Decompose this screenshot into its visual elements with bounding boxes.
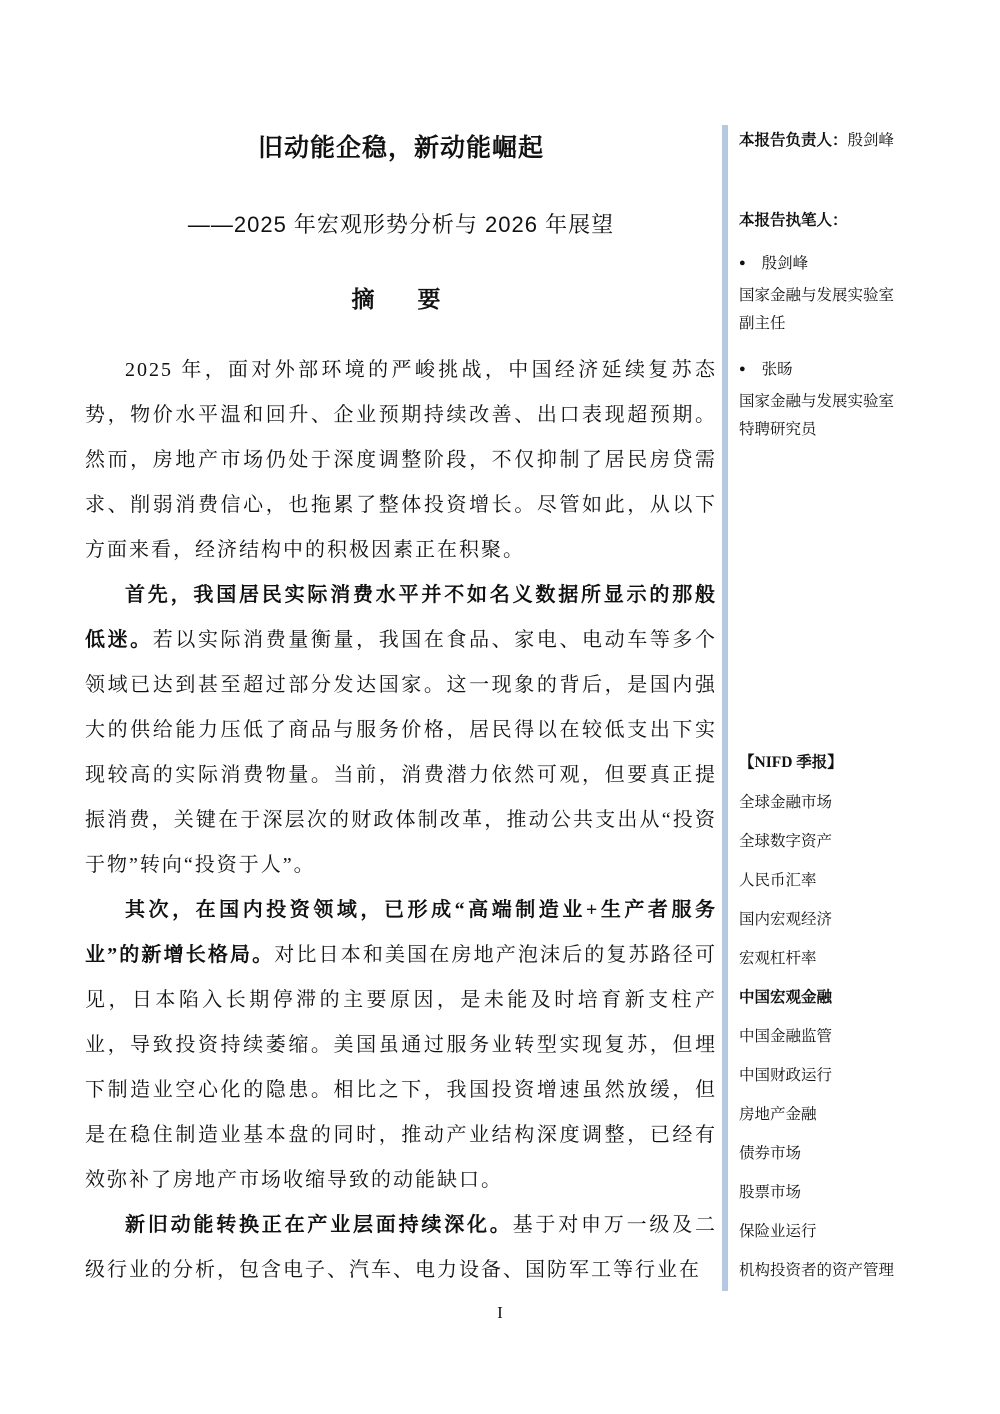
paragraph-text: 对比日本和美国在房地产泡沫后的复苏路径可见，日本陷入长期停滞的主要原因，是未能及… <box>85 944 717 1191</box>
series-item-insurance-industry: 保险业运行 <box>739 1221 959 1242</box>
report-title: 旧动能企稳，新动能崛起 <box>85 128 717 164</box>
lead-author-label: 本报告负责人： <box>739 132 848 149</box>
writer-item: ●张旸 <box>739 359 959 382</box>
writer-name: 殷剑峰 <box>762 255 809 272</box>
abstract-paragraph-4: 新旧动能转换正在产业层面持续深化。基于对申万一级及二级行业的分析，包含电子、汽车… <box>85 1203 717 1293</box>
series-item-china-fiscal-operation: 中国财政运行 <box>739 1065 959 1086</box>
series-item-stock-market: 股票市场 <box>739 1182 959 1203</box>
affiliation-title: 特聘研究员 <box>739 416 959 444</box>
series-label: 【NIFD 季报】 <box>739 752 959 774</box>
series-item-domestic-macro-economy: 国内宏观经济 <box>739 909 959 930</box>
report-lead-author-row: 本报告负责人：殷剑峰 <box>739 130 959 152</box>
bullet-icon: ● <box>739 363 746 375</box>
series-item-bond-market: 债券市场 <box>739 1143 959 1164</box>
series-item-real-estate-finance: 房地产金融 <box>739 1104 959 1125</box>
series-item-institutional-asset-management: 机构投资者的资产管理 <box>739 1260 959 1281</box>
paragraph-text: 若以实际消费量衡量，我国在食品、家电、电动车等多个领域已达到甚至超过部分发达国家… <box>85 629 717 876</box>
abstract-main-column: 旧动能企稳，新动能崛起 ——2025 年宏观形势分析与 2026 年展望 摘 要… <box>85 128 717 1293</box>
abstract-paragraph-2: 首先，我国居民实际消费水平并不如名义数据所显示的那般低迷。若以实际消费量衡量，我… <box>85 573 717 888</box>
lead-author-name: 殷剑峰 <box>848 132 895 149</box>
series-item-china-macro-finance-current: 中国宏观金融 <box>739 987 959 1008</box>
affiliation-org: 国家金融与发展实验室 <box>739 282 959 310</box>
writer-affiliation: 国家金融与发展实验室 特聘研究员 <box>739 388 959 444</box>
series-item-china-financial-regulation: 中国金融监管 <box>739 1026 959 1047</box>
bullet-icon: ● <box>739 257 746 269</box>
writer-name: 张旸 <box>762 361 793 378</box>
abstract-paragraph-1: 2025 年，面对外部环境的严峻挑战，中国经济延续复苏态势，物价水平温和回升、企… <box>85 348 717 573</box>
series-item-global-digital-assets: 全球数字资产 <box>739 831 959 852</box>
series-item-macro-leverage-ratio: 宏观杠杆率 <box>739 948 959 969</box>
writer-affiliation: 国家金融与发展实验室 副主任 <box>739 282 959 338</box>
page-number: I <box>0 1303 1000 1323</box>
document-page: 旧动能企稳，新动能崛起 ——2025 年宏观形势分析与 2026 年展望 摘 要… <box>0 0 1000 1414</box>
series-item-rmb-exchange-rate: 人民币汇率 <box>739 870 959 891</box>
affiliation-title: 副主任 <box>739 310 959 338</box>
report-subtitle: ——2025 年宏观形势分析与 2026 年展望 <box>85 208 717 239</box>
writers-label: 本报告执笔人： <box>739 210 959 232</box>
abstract-paragraph-3: 其次，在国内投资领域，已形成“高端制造业+生产者服务业”的新增长格局。对比日本和… <box>85 888 717 1203</box>
paragraph-lead: 新旧动能转换正在产业层面持续深化。 <box>125 1214 513 1236</box>
paragraph-text: 2025 年，面对外部环境的严峻挑战，中国经济延续复苏态势，物价水平温和回升、企… <box>85 359 717 561</box>
abstract-heading: 摘 要 <box>85 281 717 314</box>
report-info-sidebar: 本报告负责人：殷剑峰 本报告执笔人： ●殷剑峰 国家金融与发展实验室 副主任 ●… <box>739 130 959 1281</box>
sidebar-divider-line <box>722 125 728 1291</box>
series-item-global-financial-markets: 全球金融市场 <box>739 792 959 813</box>
affiliation-org: 国家金融与发展实验室 <box>739 388 959 416</box>
writer-item: ●殷剑峰 <box>739 253 959 276</box>
